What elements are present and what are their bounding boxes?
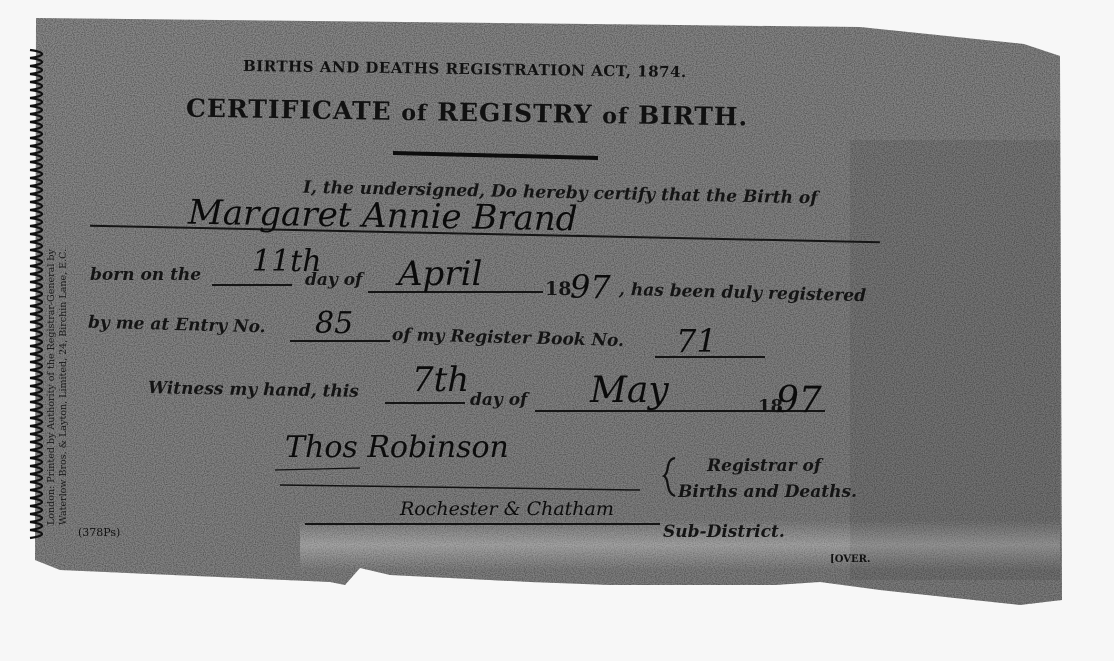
witness-label: Witness my hand, this (148, 378, 359, 402)
born-on-label: born on the (90, 265, 201, 285)
title-word-certificate: CERTIFICATE (186, 94, 392, 126)
witness-day-rule (385, 402, 465, 404)
registrar-title-line-1: Registrar of (707, 456, 821, 476)
registrar-signature: Thos Robinson (285, 430, 509, 465)
birth-year-prefix: 18 (545, 278, 571, 300)
register-book-number: 71 (676, 322, 717, 360)
witness-day: 7th (412, 360, 469, 400)
witness-month: May (590, 370, 669, 411)
entry-number: 85 (315, 306, 353, 341)
child-name: Margaret Annie Brand (188, 193, 578, 240)
witness-year-suffix: 97 (776, 380, 822, 421)
title-word-of: of (602, 103, 629, 129)
printer-imprint: London: Printed by Authority of the Regi… (46, 249, 70, 525)
registrar-title-line-2: Births and Deaths. (678, 482, 857, 502)
printer-line-1: London: Printed by Authority of the Regi… (46, 249, 58, 525)
sub-district-label: Sub-District. (663, 522, 785, 542)
day-of-label: day of (305, 270, 362, 290)
printer-line-2: Waterlow Bros. & Layton, Limited, 24, Bi… (58, 249, 70, 525)
form-code: (378Ps) (78, 526, 120, 539)
birth-year-suffix: 97 (570, 268, 611, 306)
over-label: [OVER. (830, 554, 870, 565)
sub-district-name: Rochester & Chatham (400, 498, 614, 520)
title-word-registry: REGISTRY (437, 98, 593, 129)
certificate-paper: London: Printed by Authority of the Regi… (0, 0, 1114, 661)
witness-day-of-label: day of (470, 390, 527, 410)
birth-day-rule (212, 284, 292, 286)
sub-district-rule (305, 523, 660, 525)
birth-month: April (398, 254, 482, 294)
title-word-birth: BIRTH. (638, 101, 749, 132)
title-word-of: of (401, 100, 428, 126)
